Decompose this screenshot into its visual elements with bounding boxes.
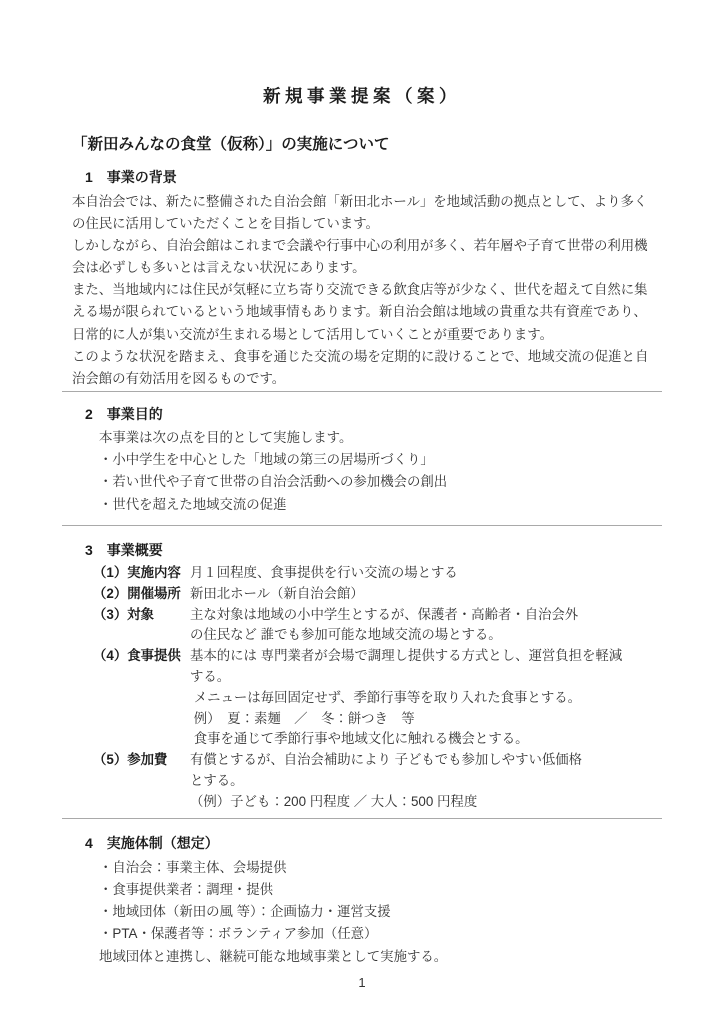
body-line: 治会館の有効活用を図るものです。 (72, 368, 662, 390)
bullet-item: ・若い世代や子育て世帯の自治会活動への参加機会の創出 (99, 471, 662, 493)
overview-item-line: 基本的には 専門業者が会場で調理し提供する方式とし、運営負担を軽減 (190, 646, 662, 667)
overview-item-line: 有償とするが、自治会補助により 子どもでも参加しやすい低価格 (190, 750, 662, 771)
doc-title: 新規事業提案（案） (62, 84, 662, 108)
overview-item-label: （1）実施内容 (93, 563, 190, 584)
body-line: このような状況を踏まえ、食事を通じた交流の場を定期的に設けることで、地域交流の促… (72, 346, 662, 368)
page-number: 1 (0, 975, 724, 990)
overview-item-label: （2）開催場所 (93, 584, 190, 605)
overview-item-line: 新田北ホール（新自治会館） (190, 584, 662, 605)
doc-subtitle: 「新田みんなの食堂（仮称）」の実施について (72, 135, 662, 155)
overview-item: （5）参加費 有償とするが、自治会補助により 子どもでも参加しやすい低価格 とす… (93, 750, 662, 812)
overview-item-body: 基本的には 専門業者が会場で調理し提供する方式とし、運営負担を軽減 する。 メニ… (190, 646, 662, 750)
section-3-list: （1）実施内容 月１回程度、食事提供を行い交流の場とする （2）開催場所 新田北… (93, 563, 662, 813)
overview-item: （2）開催場所 新田北ホール（新自治会館） (93, 584, 662, 605)
section-divider (62, 525, 662, 526)
section-3-heading: 3 事業概要 (85, 541, 662, 559)
overview-item-line: とする。 (190, 771, 662, 792)
bullet-item: ・小中学生を中心とした「地域の第三の居場所づくり」 (99, 449, 662, 471)
bullet-item: ・PTA・保護者等：ボランティア参加（任意） (99, 923, 662, 945)
overview-item-line: する。 (190, 667, 662, 688)
section-divider (62, 818, 662, 819)
section-1-heading: 1 事業の背景 (85, 168, 662, 186)
overview-item-body: 月１回程度、食事提供を行い交流の場とする (190, 563, 662, 584)
overview-item-body: 新田北ホール（新自治会館） (190, 584, 662, 605)
overview-item: （1）実施内容 月１回程度、食事提供を行い交流の場とする (93, 563, 662, 584)
overview-item: （4）食事提供 基本的には 専門業者が会場で調理し提供する方式とし、運営負担を軽… (93, 646, 662, 750)
body-line: の住民に活用していただくことを目指しています。 (72, 213, 662, 235)
overview-item-line: メニューは毎回固定せず、季節行事等を取り入れた食事とする。 (190, 688, 662, 709)
body-line: 会は必ずしも多いとは言えない状況にあります。 (72, 257, 662, 279)
overview-item-line: （例）子ども：200 円程度 ／ 大人：500 円程度 (190, 792, 662, 813)
overview-item: （3）対象 主な対象は地域の小中学生とするが、保護者・高齢者・自治会外 の住民な… (93, 605, 662, 647)
overview-item-body: 主な対象は地域の小中学生とするが、保護者・高齢者・自治会外 の住民など 誰でも参… (190, 605, 662, 647)
bullet-item: ・食事提供業者：調理・提供 (99, 879, 662, 901)
bullet-item: ・地域団体（新田の風 等）：企画協力・運営支援 (99, 901, 662, 923)
overview-item-label: （3）対象 (93, 605, 190, 647)
section-4-heading: 4 実施体制（想定） (85, 834, 662, 852)
body-line: また、当地域内には住民が気軽に立ち寄り交流できる飲食店等が少なく、世代を超えて自… (72, 279, 662, 301)
section-2-heading: 2 事業目的 (85, 405, 662, 423)
overview-item-label: （4）食事提供 (93, 646, 190, 750)
overview-item-line: 主な対象は地域の小中学生とするが、保護者・高齢者・自治会外 (190, 605, 662, 626)
body-line: しかしながら、自治会館はこれまで会議や行事中心の利用が多く、若年層や子育て世帯の… (72, 235, 662, 257)
purpose-intro: 本事業は次の点を目的として実施します。 (99, 427, 662, 449)
body-line: 日常的に人が集い交流が生まれる場として活用していくことが重要であります。 (72, 324, 662, 346)
body-line: 本自治会では、新たに整備された自治会館「新田北ホール」を地域活動の拠点として、よ… (72, 191, 662, 213)
document-page: 新規事業提案（案） 「新田みんなの食堂（仮称）」の実施について 1 事業の背景 … (0, 0, 724, 1024)
overview-item-line: 例） 夏：素麺 ／ 冬：餅つき 等 (190, 709, 662, 730)
overview-item-line: 食事を通じて季節行事や地域文化に触れる機会とする。 (190, 729, 662, 750)
overview-item-line: 月１回程度、食事提供を行い交流の場とする (190, 563, 662, 584)
section-divider (62, 391, 662, 392)
overview-item-body: 有償とするが、自治会補助により 子どもでも参加しやすい低価格 とする。 （例）子… (190, 750, 662, 812)
bullet-item: ・世代を超えた地域交流の促進 (99, 494, 662, 516)
bullet-item: ・自治会：事業主体、会場提供 (99, 857, 662, 879)
closing-line: 地域団体と連携し、継続可能な地域事業として実施する。 (99, 946, 662, 968)
section-1-paragraph: 本自治会では、新たに整備された自治会館「新田北ホール」を地域活動の拠点として、よ… (72, 191, 662, 390)
overview-item-label: （5）参加費 (93, 750, 190, 812)
overview-item-line: の住民など 誰でも参加可能な地域交流の場とする。 (190, 625, 662, 646)
body-line: える場が限られているという地域事情もあります。新自治会館は地域の貴重な共有資産で… (72, 301, 662, 323)
section-4-body: ・自治会：事業主体、会場提供 ・食事提供業者：調理・提供 ・地域団体（新田の風 … (99, 857, 662, 968)
section-2-body: 本事業は次の点を目的として実施します。 ・小中学生を中心とした「地域の第三の居場… (99, 427, 662, 516)
